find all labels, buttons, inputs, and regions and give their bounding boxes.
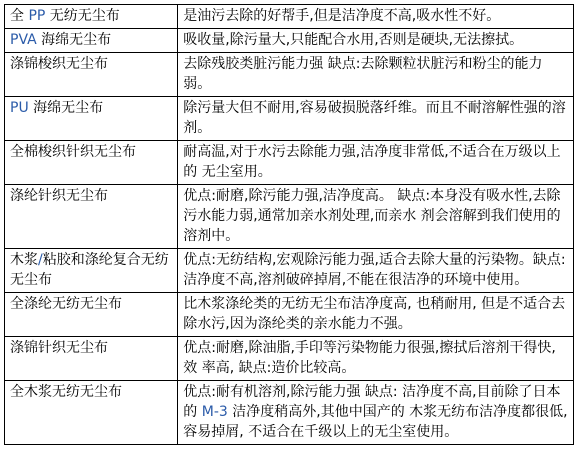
text-segment: 优点:耐磨,除油脂,手印等污染物能力很强,擦拭后溶剂干得快,效 率高, 缺点:造… [183,340,556,376]
text-segment: 去除残胶类脏污能力强 缺点:去除颗粒状脏污和粉尘的能力弱。 [183,56,542,92]
latin-token: PVA [10,32,37,48]
text-segment: 全涤纶无纺无尘布 [10,296,122,312]
table-row: 木浆/粘胶和涤纶复合无纺无尘布优点:无纺结构,宏观除污能力强,适合去除大量的污染… [5,249,574,293]
text-segment: 是油污去除的好帮手,但是洁净度不高,吸水性不好。 [183,8,500,24]
text-segment: 无纺无尘布 [45,8,119,24]
cloth-type-cell: 木浆/粘胶和涤纶复合无纺无尘布 [5,249,178,293]
latin-token: PU [10,100,29,116]
table-body: 全 PP 无纺无尘布是油污去除的好帮手,但是洁净度不高,吸水性不好。PVA 海绵… [5,5,574,445]
text-segment: 海绵无尘布 [29,100,103,116]
cloth-desc-cell: 耐高温,对于水污去除能力强,洁净度非常低,不适合在万级以上的 无尘室用。 [178,141,574,185]
cloth-type-cell: 全涤纶无纺无尘布 [5,293,178,337]
text-segment: 涤锦梭织无尘布 [10,56,108,72]
text-segment: 全 [10,8,28,24]
table-row: 涤锦针织无尘布优点:耐磨,除油脂,手印等污染物能力很强,擦拭后溶剂干得快,效 率… [5,337,574,381]
cloth-desc-cell: 优点:无纺结构,宏观除污能力强,适合去除大量的污染物。缺点:洁净度不高,溶剂破碎… [178,249,574,293]
cloth-desc-cell: 去除残胶类脏污能力强 缺点:去除颗粒状脏污和粉尘的能力弱。 [178,53,574,97]
cloth-type-cell: 涤锦针织无尘布 [5,337,178,381]
cloth-desc-cell: 吸收量,除污量大,只能配合水用,否则是硬块,无法擦拭。 [178,29,574,53]
text-segment: 吸收量,除污量大,只能配合水用,否则是硬块,无法擦拭。 [183,32,523,48]
cloth-type-cell: PVA 海绵无尘布 [5,29,178,53]
table-row: 涤纶针织无尘布优点:耐磨,除污能力强,洁净度高。 缺点:本身没有吸水性,去除污水… [5,185,574,249]
cloth-type-cell: 全棉梭织针织无尘布 [5,141,178,185]
text-segment: 比木浆涤纶类的无纺无尘布洁净度高, 也稍耐用, 但是不适合去除水污,因为涤纶类的… [183,296,565,332]
table-row: 全 PP 无纺无尘布是油污去除的好帮手,但是洁净度不高,吸水性不好。 [5,5,574,29]
text-segment: 全木浆无纺无尘布 [10,384,122,400]
cloth-desc-cell: 优点:耐磨,除油脂,手印等污染物能力很强,擦拭后溶剂干得快,效 率高, 缺点:造… [178,337,574,381]
document-page: 全 PP 无纺无尘布是油污去除的好帮手,但是洁净度不高,吸水性不好。PVA 海绵… [0,0,578,450]
cloth-type-cell: 全 PP 无纺无尘布 [5,5,178,29]
cloth-type-cell: 全木浆无纺无尘布 [5,381,178,445]
cloth-desc-cell: 优点:耐有机溶剂,除污能力强 缺点: 洁净度不高,目前除了日本的 M-3 洁净度… [178,381,574,445]
table-row: 全木浆无纺无尘布优点:耐有机溶剂,除污能力强 缺点: 洁净度不高,目前除了日本的… [5,381,574,445]
table-row: 全棉梭织针织无尘布耐高温,对于水污去除能力强,洁净度非常低,不适合在万级以上的 … [5,141,574,185]
table-row: 涤锦梭织无尘布去除残胶类脏污能力强 缺点:去除颗粒状脏污和粉尘的能力弱。 [5,53,574,97]
cloth-type-cell: 涤纶针织无尘布 [5,185,178,249]
table-row: PVA 海绵无尘布吸收量,除污量大,只能配合水用,否则是硬块,无法擦拭。 [5,29,574,53]
text-segment: 优点:耐磨,除污能力强,洁净度高。 缺点:本身没有吸水性,去除污水能力弱,通常加… [183,188,560,244]
latin-token: PP [28,8,45,24]
text-segment: 优点:无纺结构,宏观除污能力强,适合去除大量的污染物。缺点:洁净度不高,溶剂破碎… [183,252,565,288]
text-segment: 涤锦针织无尘布 [10,340,108,356]
text-segment: 木浆 [10,252,38,268]
cloth-desc-cell: 优点:耐磨,除污能力强,洁净度高。 缺点:本身没有吸水性,去除污水能力弱,通常加… [178,185,574,249]
cloth-desc-cell: 是油污去除的好帮手,但是洁净度不高,吸水性不好。 [178,5,574,29]
text-segment: 全棉梭织针织无尘布 [10,144,136,160]
text-segment: 洁净度稍高外,其他中国产的 木浆无纺布洁净度都很低, 容易掉屑, 不适合在千级以… [183,404,567,440]
cloth-type-cell: 涤锦梭织无尘布 [5,53,178,97]
cloth-desc-cell: 除污量大但不耐用,容易破损脱落纤维。而且不耐溶解性强的溶剂。 [178,97,574,141]
text-segment: 涤纶针织无尘布 [10,188,108,204]
table-row: PU 海绵无尘布除污量大但不耐用,容易破损脱落纤维。而且不耐溶解性强的溶剂。 [5,97,574,141]
cloth-type-cell: PU 海绵无尘布 [5,97,178,141]
text-segment: 海绵无尘布 [37,32,111,48]
latin-token: M-3 [202,404,228,420]
table-row: 全涤纶无纺无尘布比木浆涤纶类的无纺无尘布洁净度高, 也稍耐用, 但是不适合去除水… [5,293,574,337]
text-segment: 耐高温,对于水污去除能力强,洁净度非常低,不适合在万级以上的 无尘室用。 [183,144,560,180]
cloth-desc-cell: 比木浆涤纶类的无纺无尘布洁净度高, 也稍耐用, 但是不适合去除水污,因为涤纶类的… [178,293,574,337]
text-segment: 除污量大但不耐用,容易破损脱落纤维。而且不耐溶解性强的溶剂。 [183,100,565,136]
dust-free-cloth-table: 全 PP 无纺无尘布是油污去除的好帮手,但是洁净度不高,吸水性不好。PVA 海绵… [4,4,574,445]
